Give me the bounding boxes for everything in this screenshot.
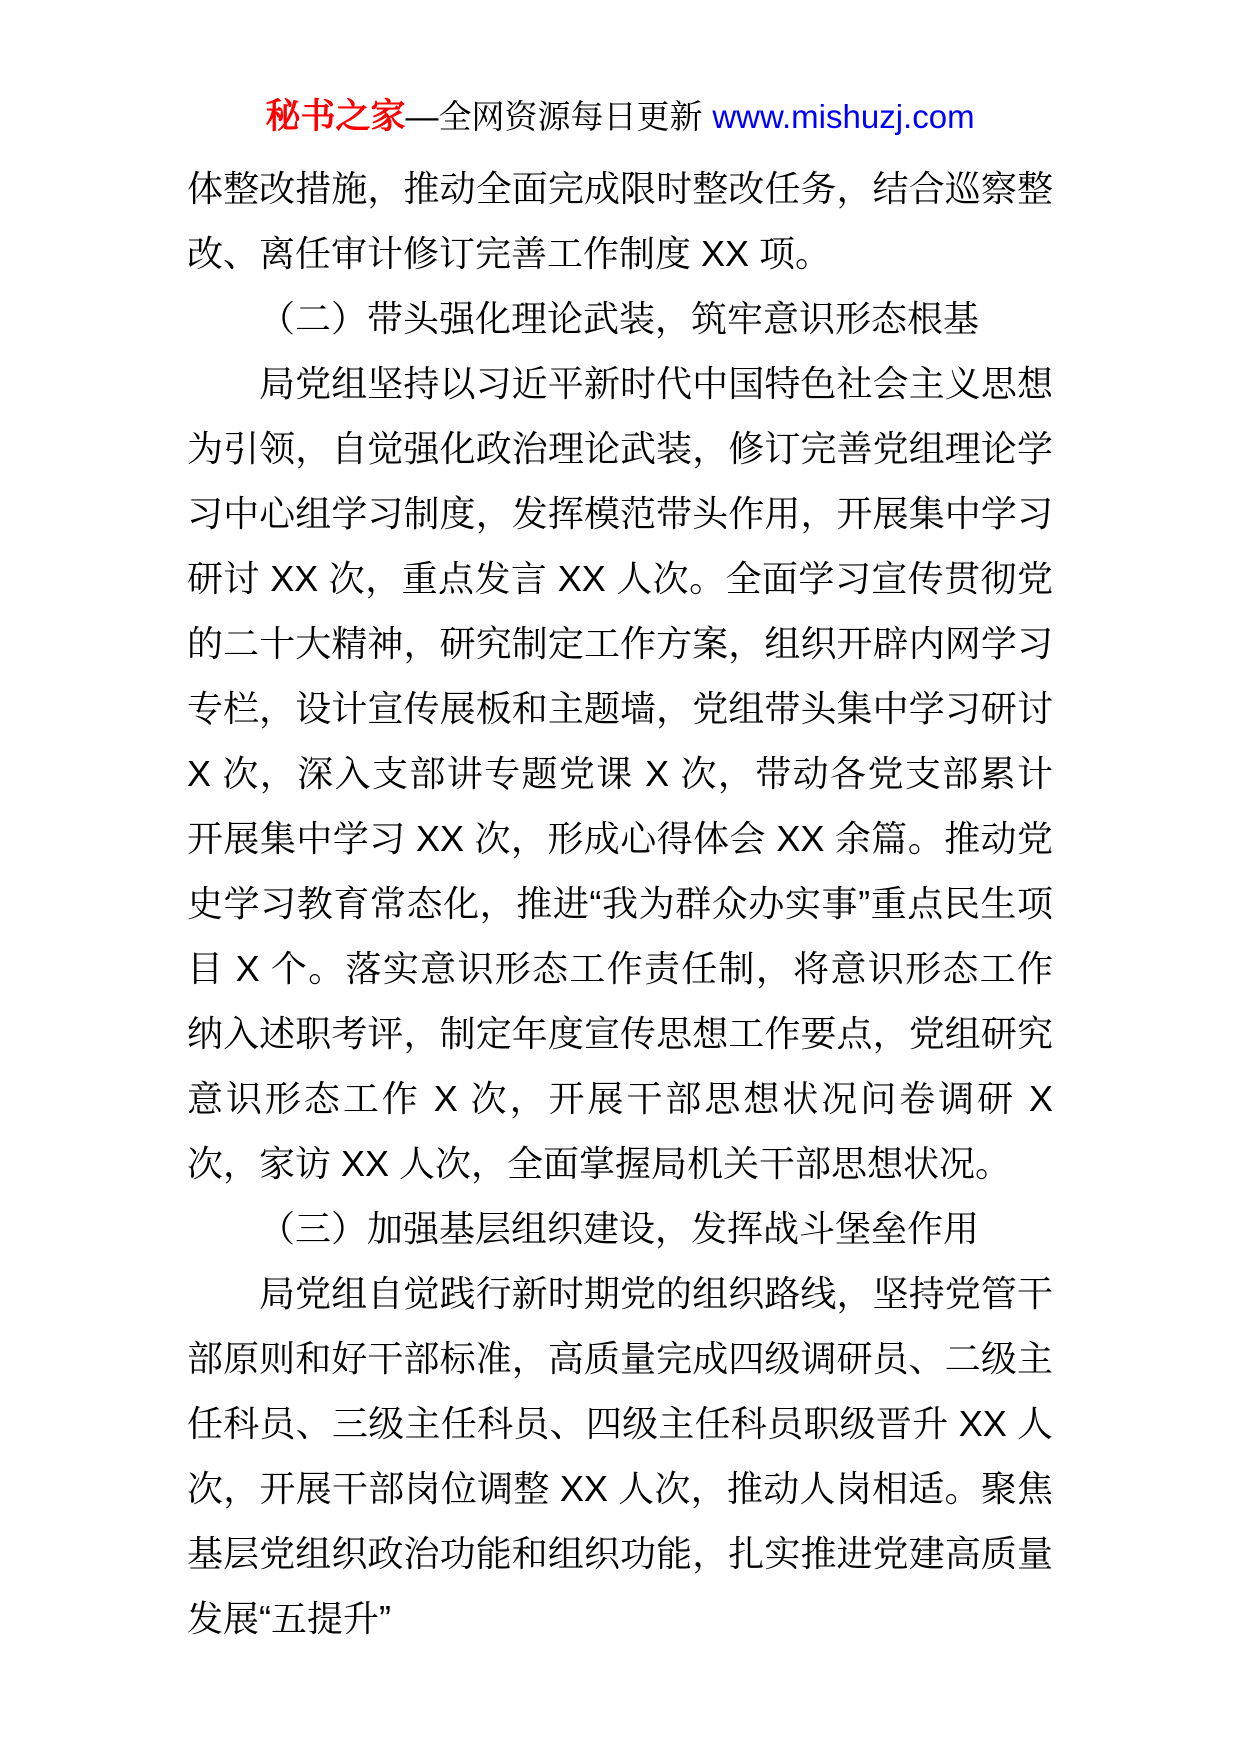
section-heading-3: （三）加强基层组织建设，发挥战斗堡垒作用 xyxy=(187,1196,1053,1261)
paragraph-continuation: 体整改措施，推动全面完成限时整改任务，结合巡察整改、离任审计修订完善工作制度 X… xyxy=(187,156,1053,286)
site-tagline: —全网资源每日更新 xyxy=(405,98,702,135)
paragraph-grassroots-organization: 局党组自觉践行新时期党的组织路线，坚持党管干部原则和好干部标准，高质量完成四级调… xyxy=(187,1261,1053,1651)
site-brand: 秘书之家 xyxy=(265,97,405,136)
site-url: www.mishuzj.com xyxy=(712,98,974,135)
document-body: 体整改措施，推动全面完成限时整改任务，结合巡察整改、离任审计修订完善工作制度 X… xyxy=(187,156,1053,1651)
section-heading-2: （二）带头强化理论武装，筑牢意识形态根基 xyxy=(187,286,1053,351)
paragraph-theory-armament: 局党组坚持以习近平新时代中国特色社会主义思想为引领，自觉强化政治理论武装，修订完… xyxy=(187,351,1053,1196)
page-header: 秘书之家—全网资源每日更新www.mishuzj.com xyxy=(0,96,1240,138)
document-page: 秘书之家—全网资源每日更新www.mishuzj.com 体整改措施，推动全面完… xyxy=(0,0,1240,1754)
